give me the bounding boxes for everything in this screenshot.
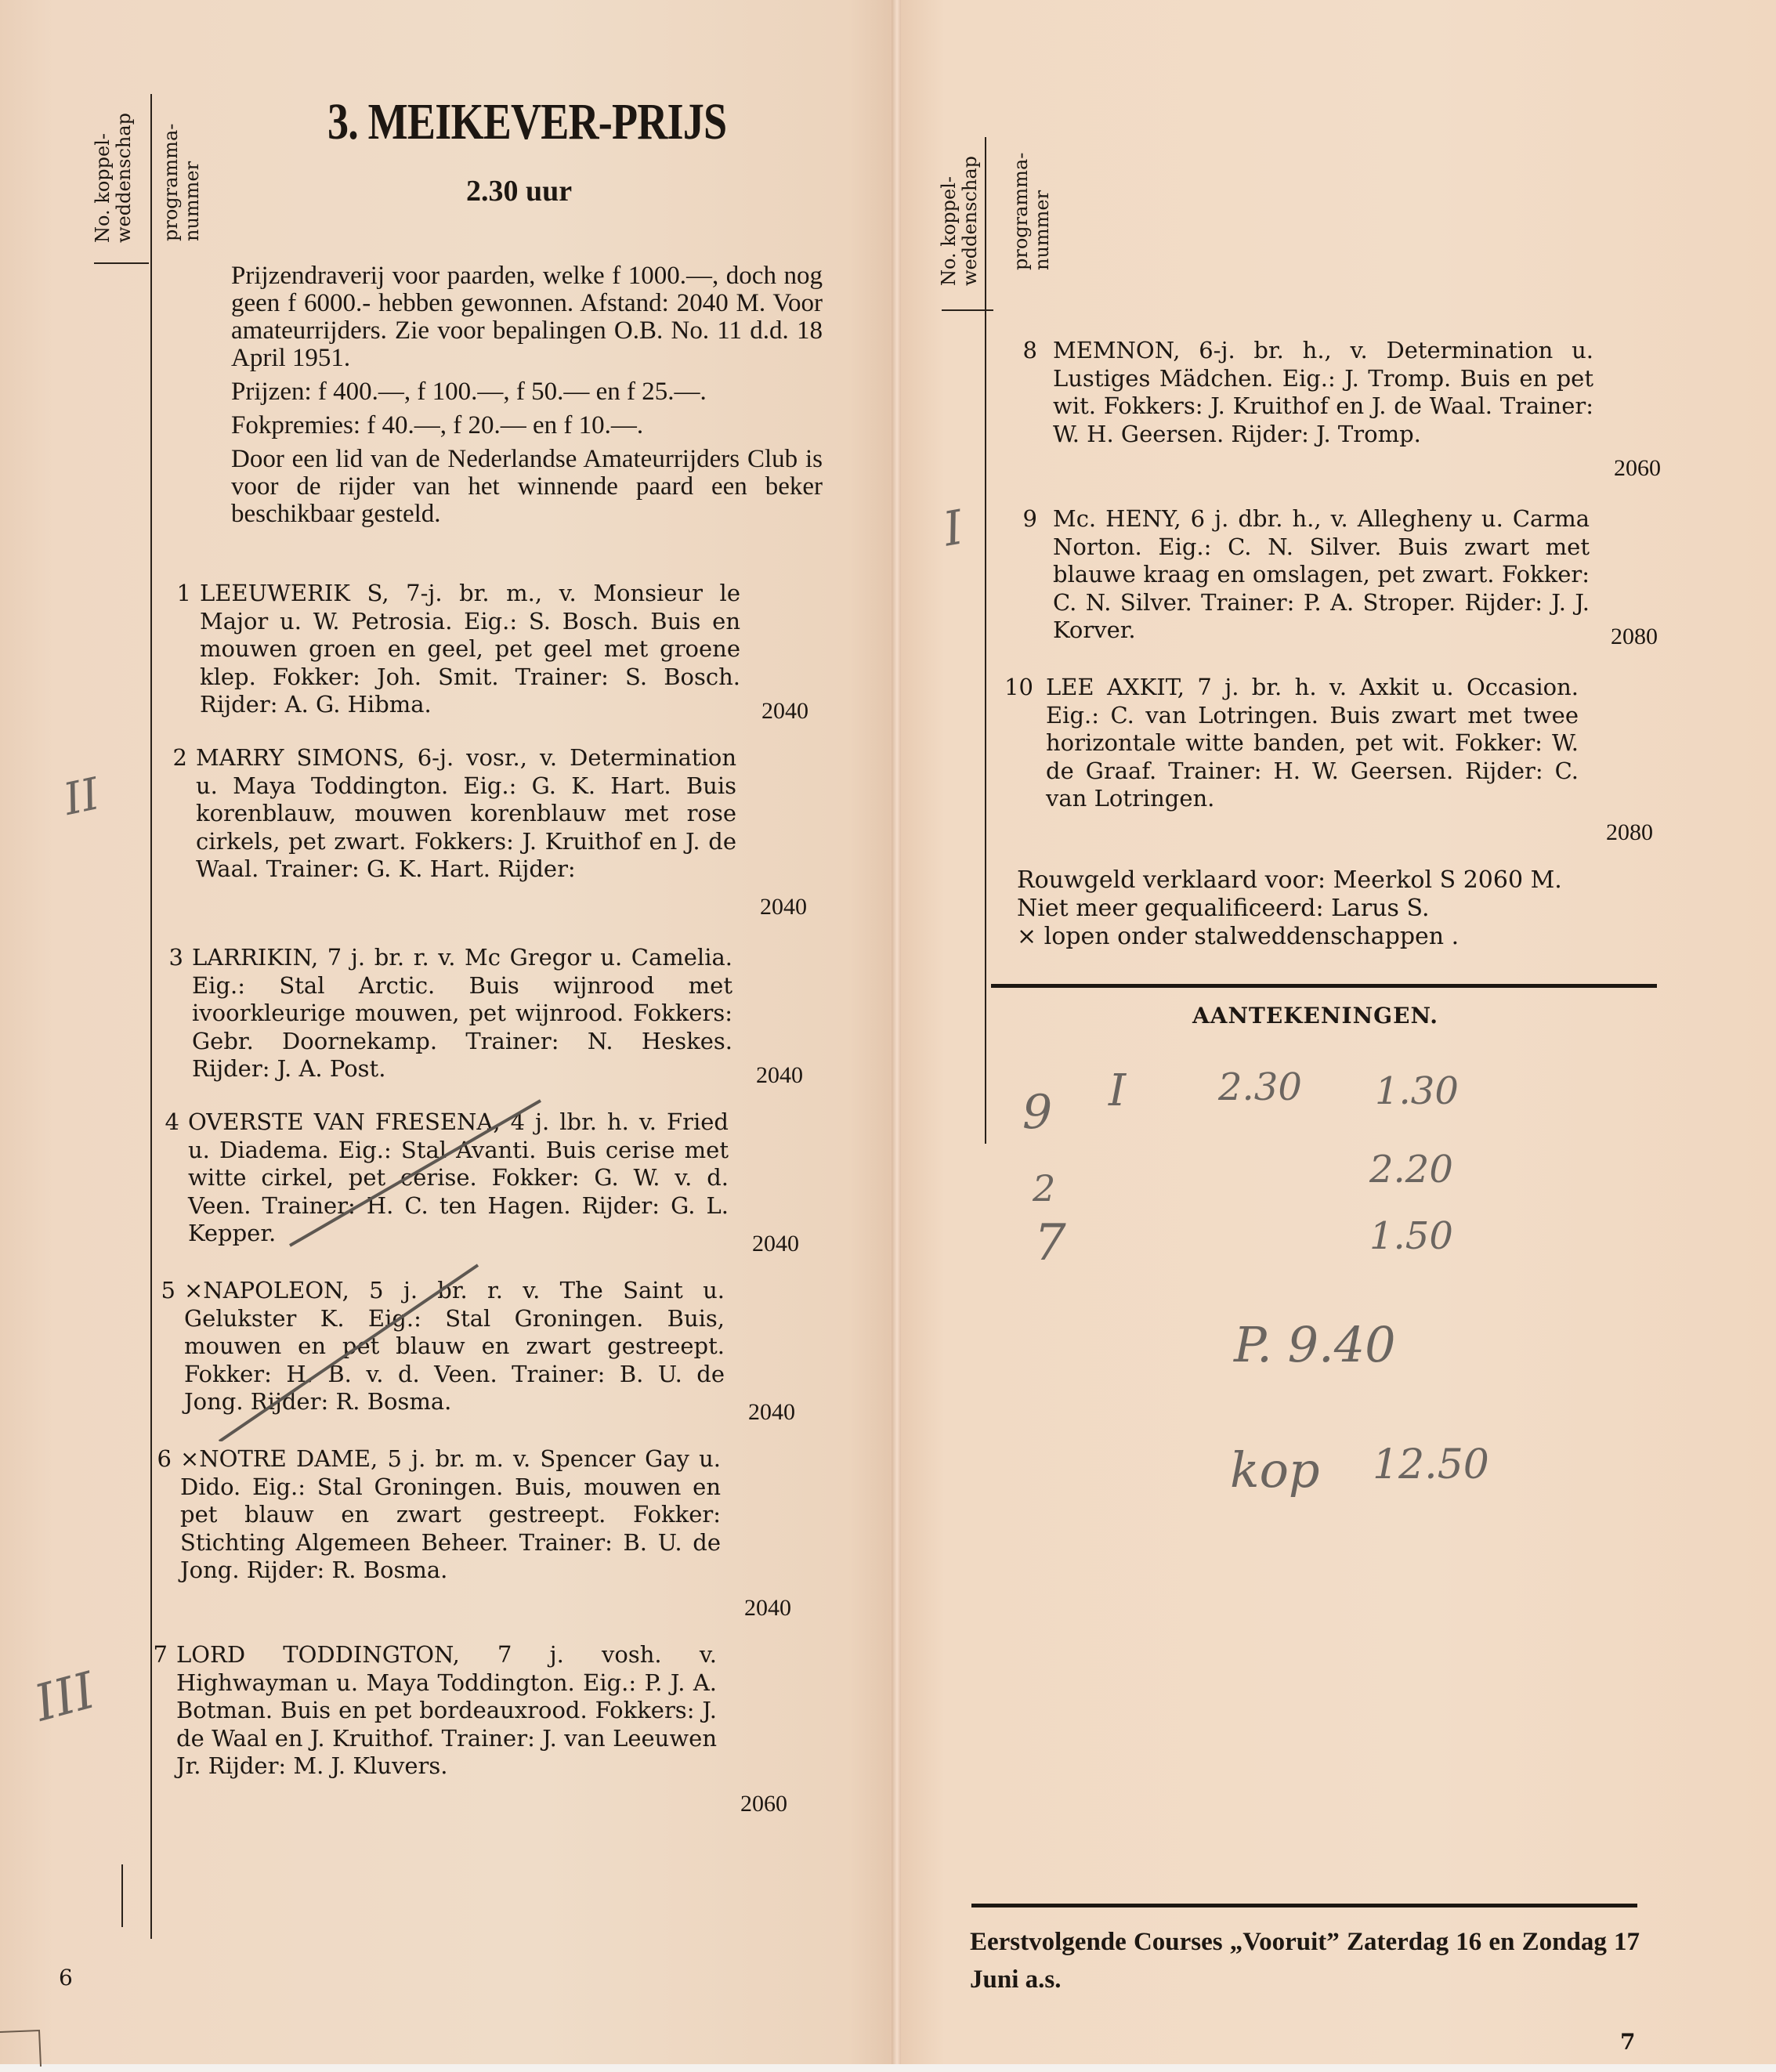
page-number-right: 7 [1620,2029,1635,2055]
entry-number: 7 [133,1641,168,1669]
handwritten-number: 7 [1034,1214,1066,1272]
handwritten-kop-value: 12.50 [1373,1441,1489,1488]
entry-number: 10 [999,674,1033,702]
entry-number: 5 [141,1277,175,1305]
header-line: No. koppel- [939,156,960,286]
header-line: weddenschap [114,113,135,243]
pencil-strike-lines [196,1097,548,1441]
entry-number: 8 [1003,337,1037,365]
header-line: No. koppel- [92,113,114,243]
handwritten-number: 2 [1033,1167,1055,1210]
entry-distance: 2040 [761,697,808,725]
race-notes: Rouwgeld verklaard voor: Meerkol S 2060 … [1017,866,1644,951]
handwritten-amount: 1.50 [1369,1214,1453,1258]
entry-distance: 2040 [756,1061,803,1090]
header-line: programma- [1011,153,1032,270]
entry-distance: 2040 [744,1594,791,1622]
entry-distance: 2040 [760,893,807,921]
entry-number: 6 [137,1445,172,1474]
entry-text: LEEUWERIK S, 7-j. br. m., v. Monsieur le… [200,580,740,719]
column-rule-koppel [121,1864,123,1927]
conditions-text: Prijzendraverij voor paarden, welke f 10… [231,262,823,372]
entry-number: 1 [157,580,191,608]
column-rule-right [985,137,986,1144]
entry-text: ×NOTRE DAME, 5 j. br. m. v. Spencer Gay … [180,1445,721,1585]
header-divider [150,94,152,266]
breeding-premiums-text: Fokpremies: f 40.—, f 20.— en f 10.—. [231,412,823,439]
entry-text: LARRIKIN, 7 j. br. r. v. Mc Gregor u. Ca… [192,944,732,1083]
entry-distance: 2040 [752,1230,799,1258]
handwritten-amount: 1.30 [1375,1069,1459,1113]
entry-text: Mc. HENY, 6 j. dbr. h., v. Allegheny u. … [1053,505,1590,645]
folded-corner [0,2029,47,2068]
entry-text: LORD TODDINGTON, 7 j. vosh. v. Highwayma… [176,1641,717,1781]
entry-number: 3 [149,944,183,972]
column-header-koppel-right: No. koppel- weddenschap [939,156,981,286]
race-title: 3. MEIKEVER-PRIJS [327,92,726,152]
handwritten-roman: I [1109,1065,1126,1116]
note-stable-bets: × lopen onder stalweddenschappen . [1017,923,1644,951]
trophy-text: Door een lid van de Nederlandse Amateurr… [231,446,823,528]
next-races-notice: Eerstvolgende Courses „Vooruit” Zaterdag… [970,1923,1640,1998]
scan-edge [0,2064,1776,2072]
entry-number: 2 [153,744,187,772]
notes-heading: AANTEKENINGEN. [1192,1003,1438,1029]
entry-distance: 2060 [740,1790,787,1818]
header-underline [94,262,149,264]
notes-divider [991,984,1657,988]
entry-number: 4 [145,1108,179,1137]
column-rule-left [150,262,152,1939]
header-line: weddenschap [960,156,981,286]
entry-text: MEMNON, 6-j. br. h., v. Determination u.… [1053,337,1593,448]
entry-distance: 2040 [748,1398,795,1427]
footer-divider [971,1904,1637,1907]
race-time: 2.30 uur [466,174,572,208]
race-conditions: Prijzendraverij voor paarden, welke f 10… [231,262,823,534]
handwritten-number: 9 [1022,1085,1052,1140]
entry-distance: 2060 [1614,454,1661,483]
right-page [901,0,1776,2072]
prizes-text: Prijzen: f 400.—, f 100.—, f 50.— en f 2… [231,378,823,406]
entry-number: 9 [1003,505,1037,533]
column-header-programma: programma- nummer [161,124,203,241]
note-disqualified: Niet meer gequalificeerd: Larus S. [1017,895,1644,923]
entry-distance: 2080 [1606,819,1653,847]
entry-text: MARRY SIMONS, 6-j. vosr., v. Determinati… [196,744,736,884]
column-header-programma-right: programma- nummer [1011,153,1053,270]
handwritten-kop-label: kop [1230,1441,1320,1499]
entry-distance: 2080 [1611,623,1658,651]
header-line: programma- [161,124,182,241]
header-line: nummer [182,124,203,241]
handwritten-amount: 2.20 [1369,1148,1453,1191]
column-header-koppel: No. koppel- weddenschap [92,113,135,243]
handwritten-amount: 2.30 [1218,1065,1302,1109]
page-number-left: 6 [59,1965,73,1991]
note-withdrawal: Rouwgeld verklaard voor: Meerkol S 2060 … [1017,866,1644,895]
handwritten-line-p: P. 9.40 [1234,1316,1396,1373]
header-line: nummer [1032,153,1053,270]
entry-text: LEE AXKIT, 7 j. br. h. v. Axkit u. Occas… [1046,674,1579,813]
